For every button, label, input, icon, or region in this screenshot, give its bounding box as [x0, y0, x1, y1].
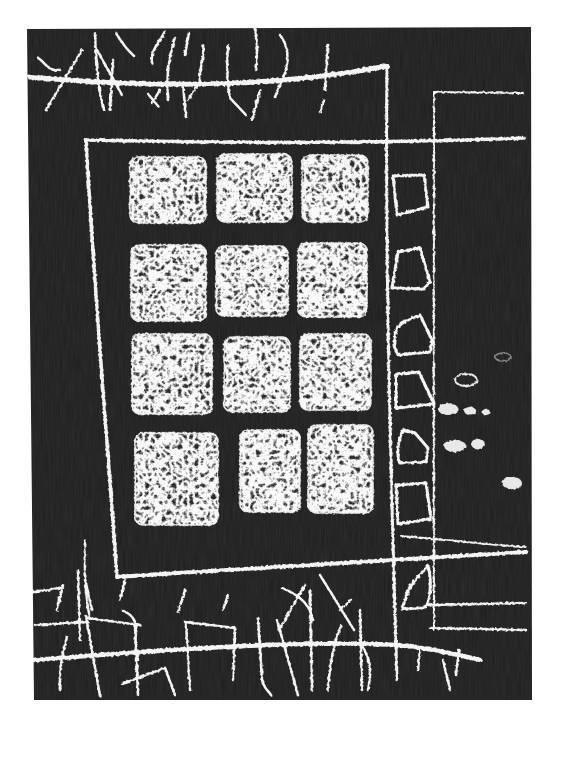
tile: [216, 246, 288, 316]
tile: [308, 425, 373, 513]
tile-grid: [130, 154, 373, 525]
tile: [132, 334, 212, 414]
tile: [130, 157, 206, 223]
tile: [300, 334, 371, 410]
tile: [217, 154, 292, 222]
tile: [224, 337, 290, 412]
tile: [302, 155, 368, 222]
tile: [135, 433, 218, 525]
artwork-canvas: [0, 0, 588, 768]
tile: [298, 243, 367, 317]
tile: [240, 430, 300, 512]
tile: [131, 245, 206, 321]
